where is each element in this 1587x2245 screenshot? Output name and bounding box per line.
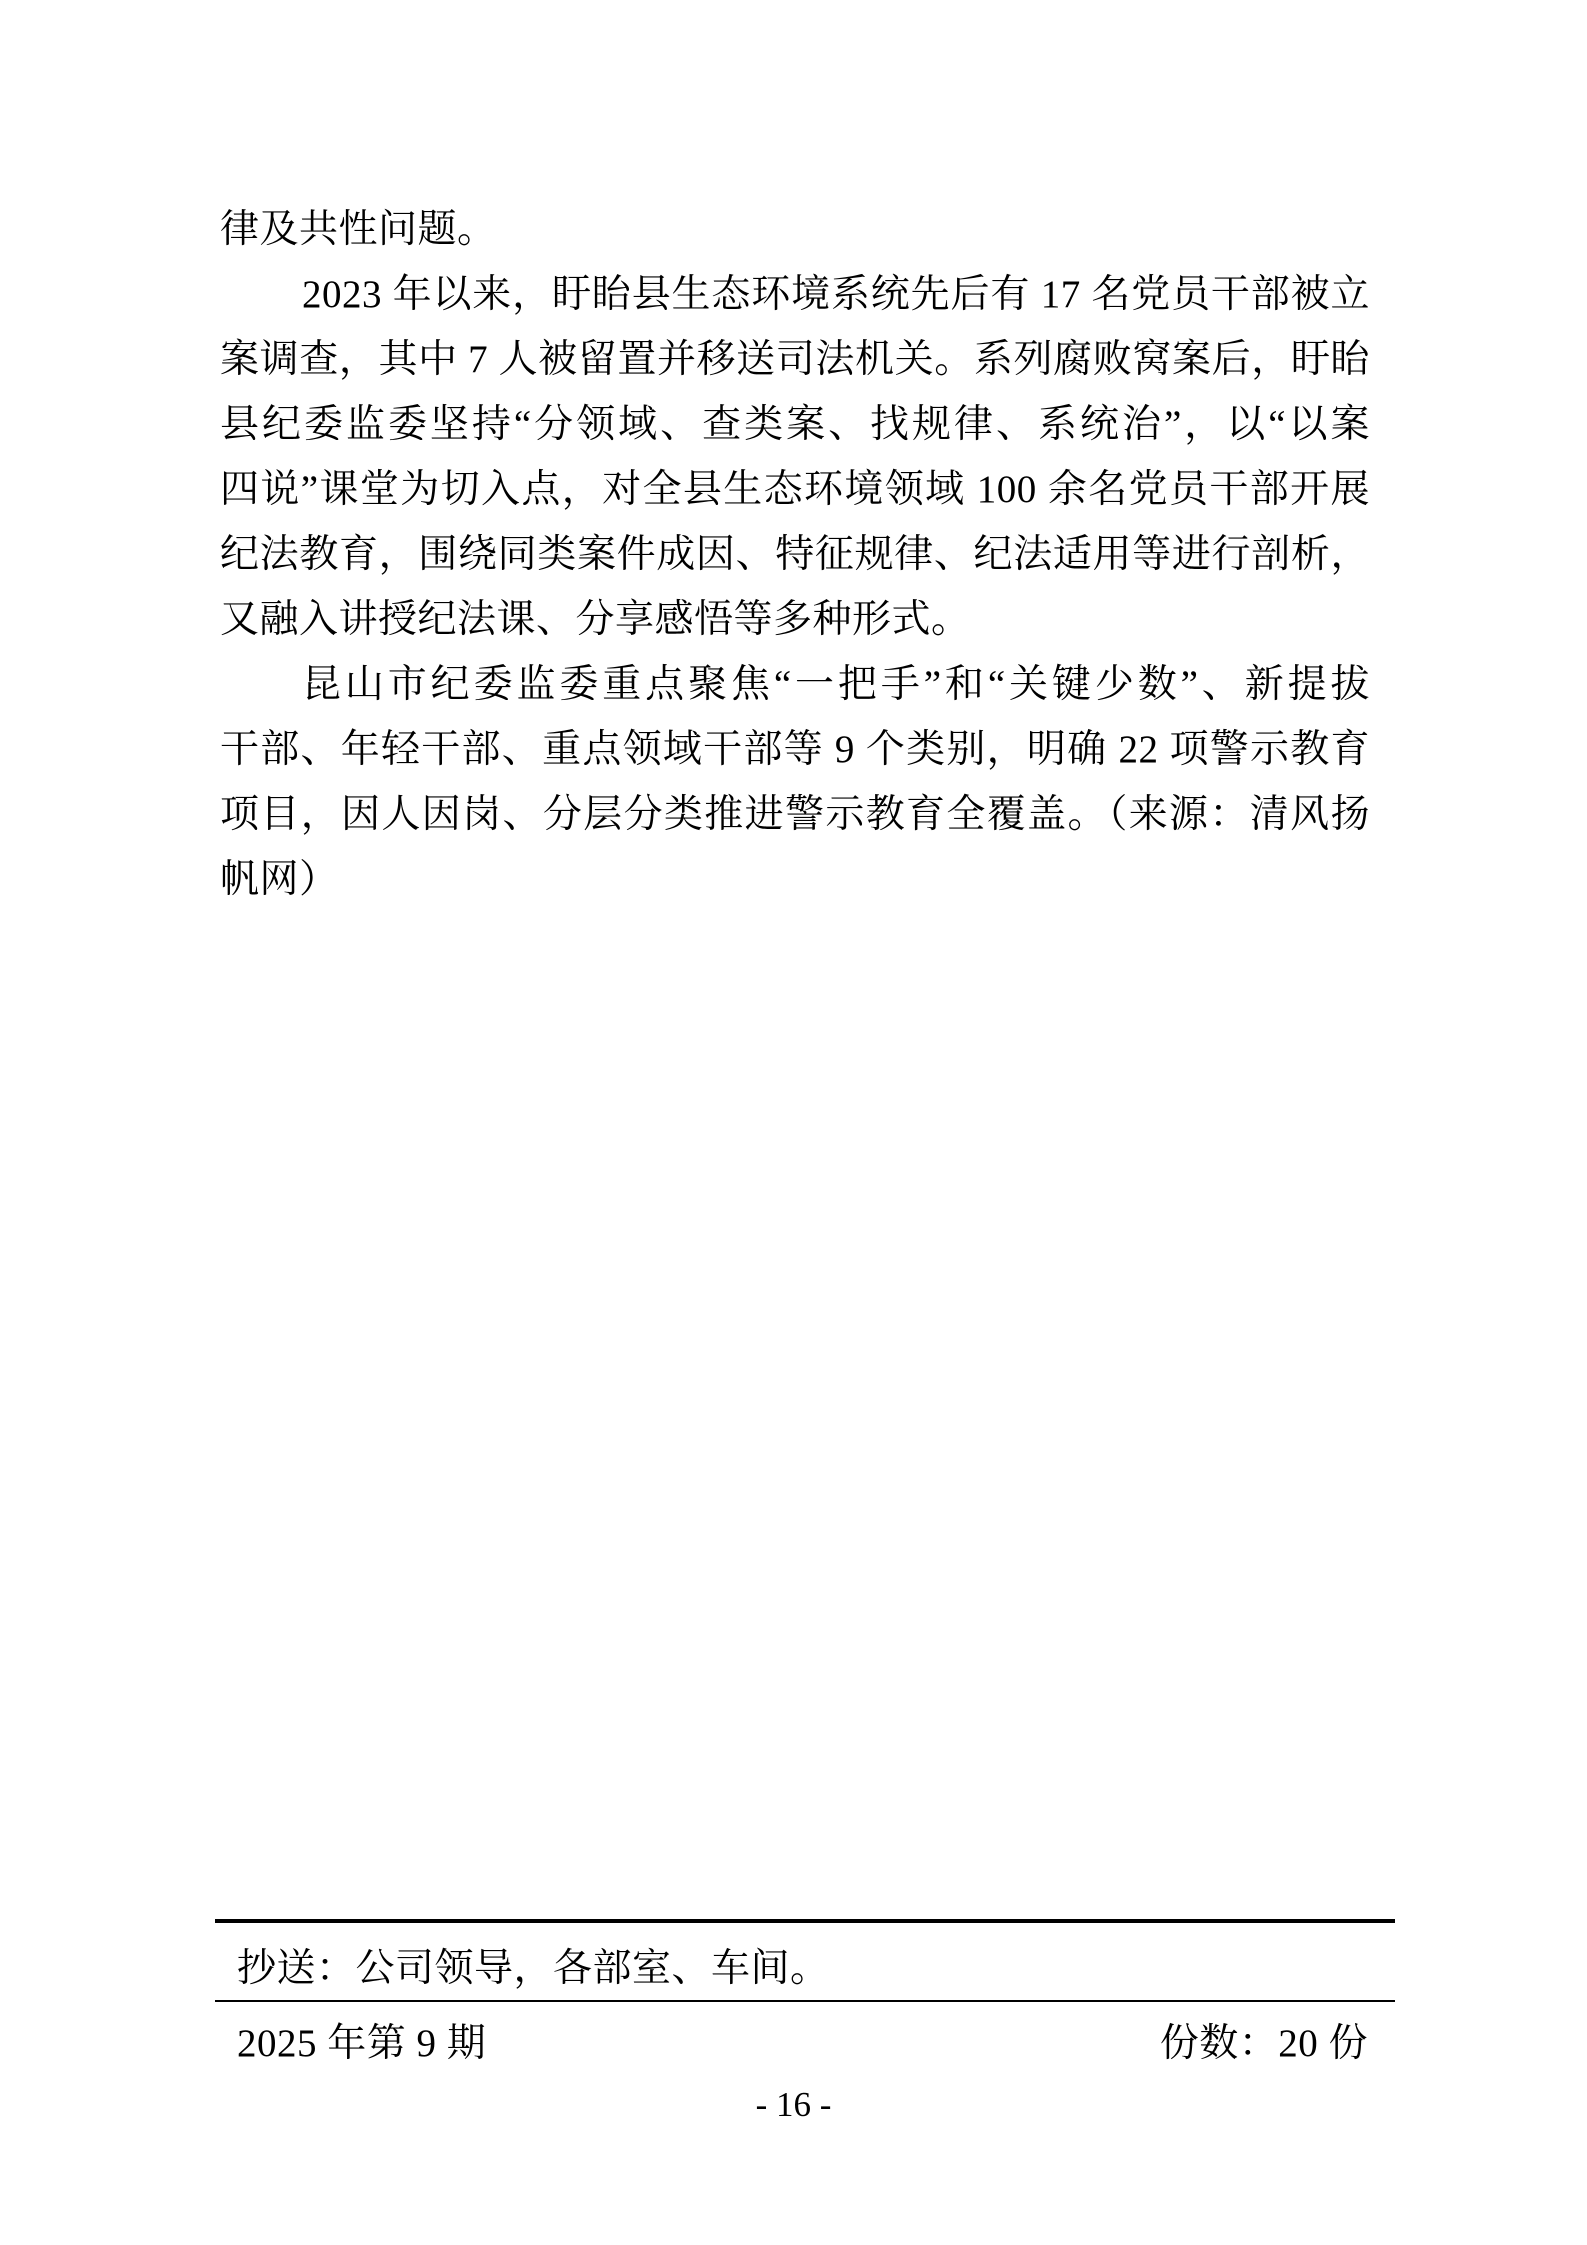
footer-meta-row: 2025 年第 9 期 份数：20 份 — [237, 2014, 1368, 2074]
body-line: 四说”课堂为切入点，对全县生态环境领域 100 余名党员干部开展 — [220, 457, 1370, 522]
body-line: 帆网） — [220, 847, 1370, 912]
body-line: 2023 年以来，盱眙县生态环境系统先后有 17 名党员干部被立 — [220, 262, 1370, 327]
body-line: 干部、年轻干部、重点领域干部等 9 个类别，明确 22 项警示教育 — [220, 717, 1370, 782]
issue-label: 2025 年第 9 期 — [237, 2014, 486, 2074]
body-line: 项目，因人因岗、分层分类推进警示教育全覆盖。（来源：清风扬 — [220, 782, 1370, 847]
footer-rule-top — [215, 1919, 1395, 1923]
body-line: 县纪委监委坚持“分领域、查类案、找规律、系统治”，以“以案 — [220, 392, 1370, 457]
body-text-block: 律及共性问题。 2023 年以来，盱眙县生态环境系统先后有 17 名党员干部被立… — [220, 197, 1370, 912]
body-line: 律及共性问题。 — [220, 197, 1370, 262]
body-line: 又融入讲授纪法课、分享感悟等多种形式。 — [220, 587, 1370, 652]
body-line: 昆山市纪委监委重点聚焦“一把手”和“关键少数”、新提拔 — [220, 652, 1370, 717]
page-number: - 16 - — [0, 2082, 1587, 2128]
footer-rule-bottom — [215, 2000, 1395, 2002]
body-line: 纪法教育，围绕同类案件成因、特征规律、纪法适用等进行剖析， — [220, 522, 1370, 587]
cc-line: 抄送：公司领导，各部室、车间。 — [237, 1937, 1372, 2000]
document-page: 律及共性问题。 2023 年以来，盱眙县生态环境系统先后有 17 名党员干部被立… — [0, 0, 1587, 2245]
copies-label: 份数：20 份 — [1160, 2014, 1368, 2074]
body-line: 案调查，其中 7 人被留置并移送司法机关。系列腐败窝案后，盱眙 — [220, 327, 1370, 392]
